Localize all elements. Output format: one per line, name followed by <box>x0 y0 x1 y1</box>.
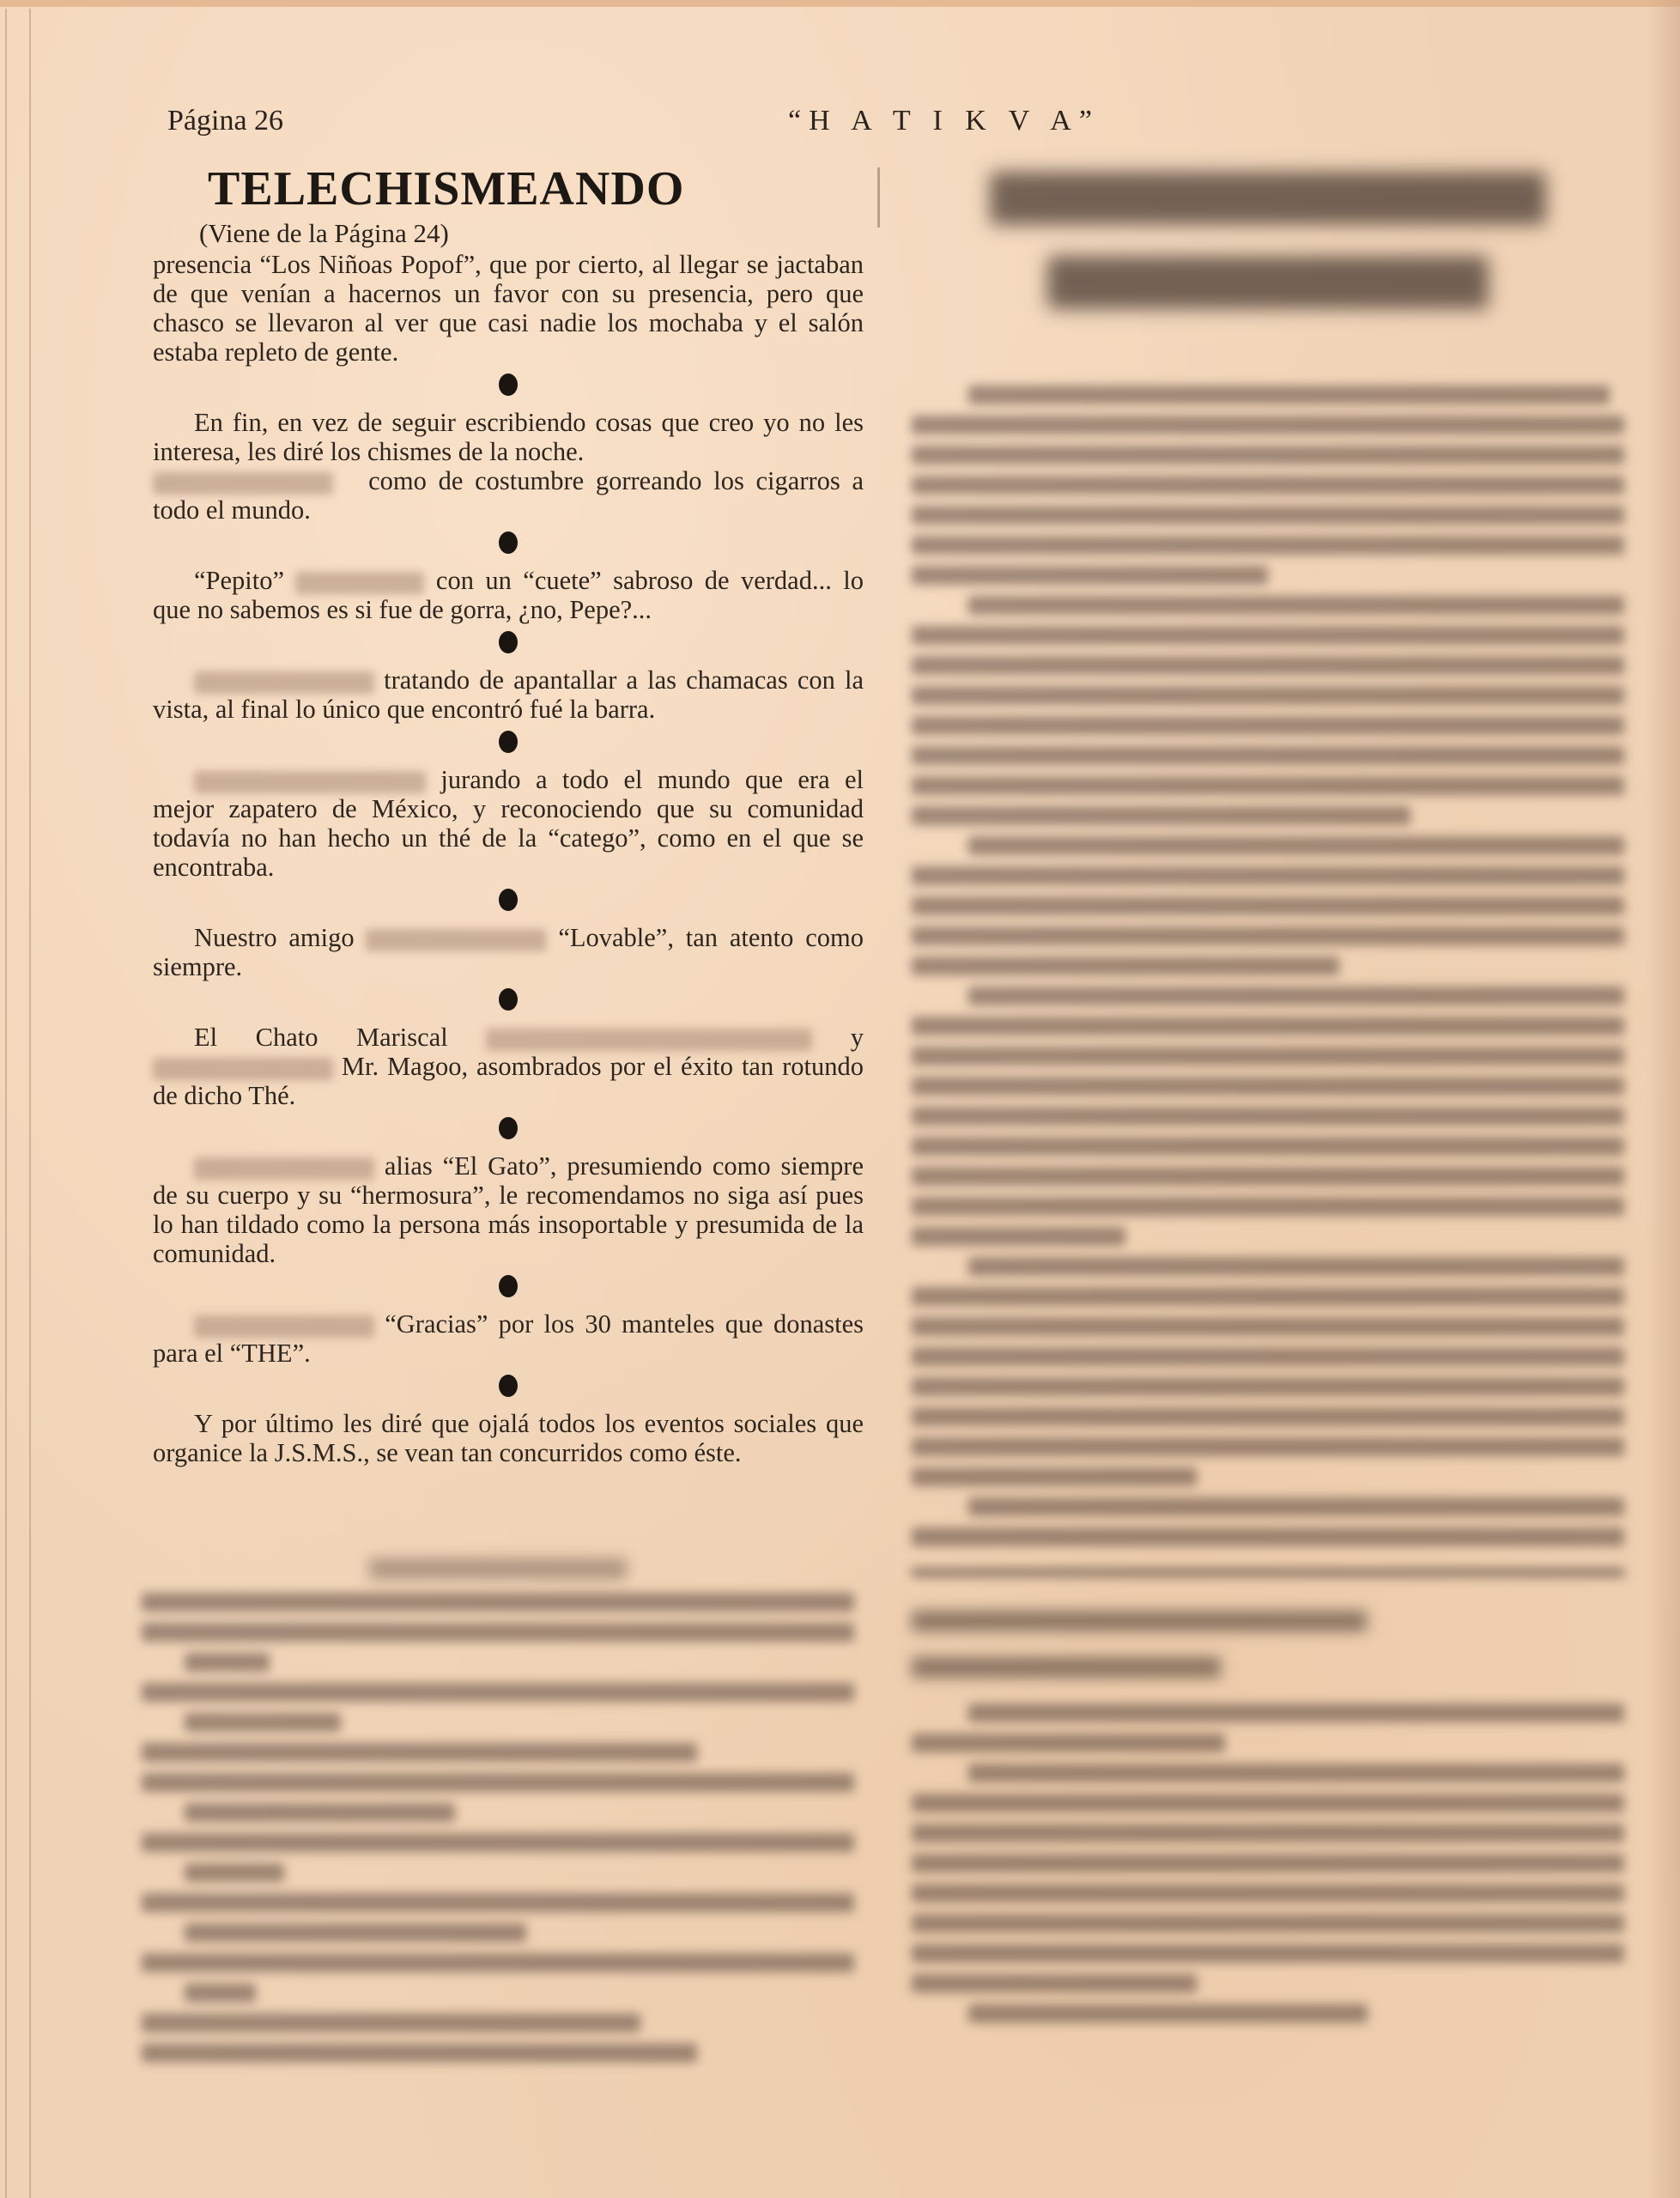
redacted-name <box>295 572 424 594</box>
bullet-separator <box>499 1375 518 1397</box>
article-title: TELECHISMEANDO <box>208 159 864 219</box>
bullet-separator <box>499 1275 518 1297</box>
bullet-separator <box>499 1117 518 1139</box>
bullet-separator <box>499 988 518 1011</box>
continued-from: (Viene de la Página 24) <box>199 217 864 250</box>
page-edge-line <box>5 9 7 2198</box>
redacted-name <box>153 1058 333 1080</box>
page-edge-line <box>29 9 31 2198</box>
paragraph: jurando a todo el mundo que era el mejor… <box>153 765 864 882</box>
section-rule <box>912 1569 1624 1576</box>
redacted-name <box>153 472 333 495</box>
blurred-headline <box>1047 256 1489 309</box>
page-number: Página 26 <box>167 105 283 137</box>
blurred-section-list <box>142 1558 854 2074</box>
page-top-edge <box>0 0 1680 7</box>
paragraph: presencia “Los Niñoas Popof”, que por ci… <box>153 250 864 367</box>
blurred-headline <box>990 172 1545 225</box>
bullet-separator <box>499 889 518 911</box>
bullet-separator <box>499 731 518 753</box>
redacted-name <box>194 671 374 694</box>
bullet-separator <box>499 531 518 554</box>
magazine-page: Página 26 “H A T I K V A” TELECHISMEANDO… <box>0 0 1680 2198</box>
paragraph: alias “El Gato”, presumiendo como siempr… <box>153 1151 864 1268</box>
column-divider <box>877 167 880 228</box>
redacted-name <box>194 771 426 793</box>
redacted-name <box>194 1157 374 1180</box>
paragraph: tratando de apantallar a las chamacas co… <box>153 665 864 724</box>
bullet-separator <box>499 373 518 396</box>
paragraph: Y por último les diré que ojalá todos lo… <box>153 1409 864 1467</box>
article-telechismeando: TELECHISMEANDO (Viene de la Página 24) p… <box>153 159 864 1467</box>
publication-title: “H A T I K V A” <box>788 105 1100 137</box>
page-shadow <box>1646 0 1680 2198</box>
bullet-separator <box>499 631 518 653</box>
paragraph: “Pepito” con un “cuete” sabroso de verda… <box>153 566 864 624</box>
redacted-name <box>194 1315 374 1338</box>
blurred-subheading <box>912 1657 1221 1678</box>
paragraph: Nuestro amigo “Lovable”, tan atento como… <box>153 923 864 981</box>
paragraph: En fin, en vez de seguir escribiendo cos… <box>153 408 864 525</box>
blurred-heading <box>369 1558 627 1579</box>
redacted-name <box>486 1029 812 1051</box>
blurred-subheading <box>912 1611 1367 1631</box>
paragraph: El Chato Mariscal y Mr. Magoo, asombrado… <box>153 1023 864 1110</box>
blurred-article-column <box>912 172 1624 2034</box>
redacted-name <box>366 929 546 951</box>
paragraph: “Gracias” por los 30 manteles que donast… <box>153 1309 864 1368</box>
